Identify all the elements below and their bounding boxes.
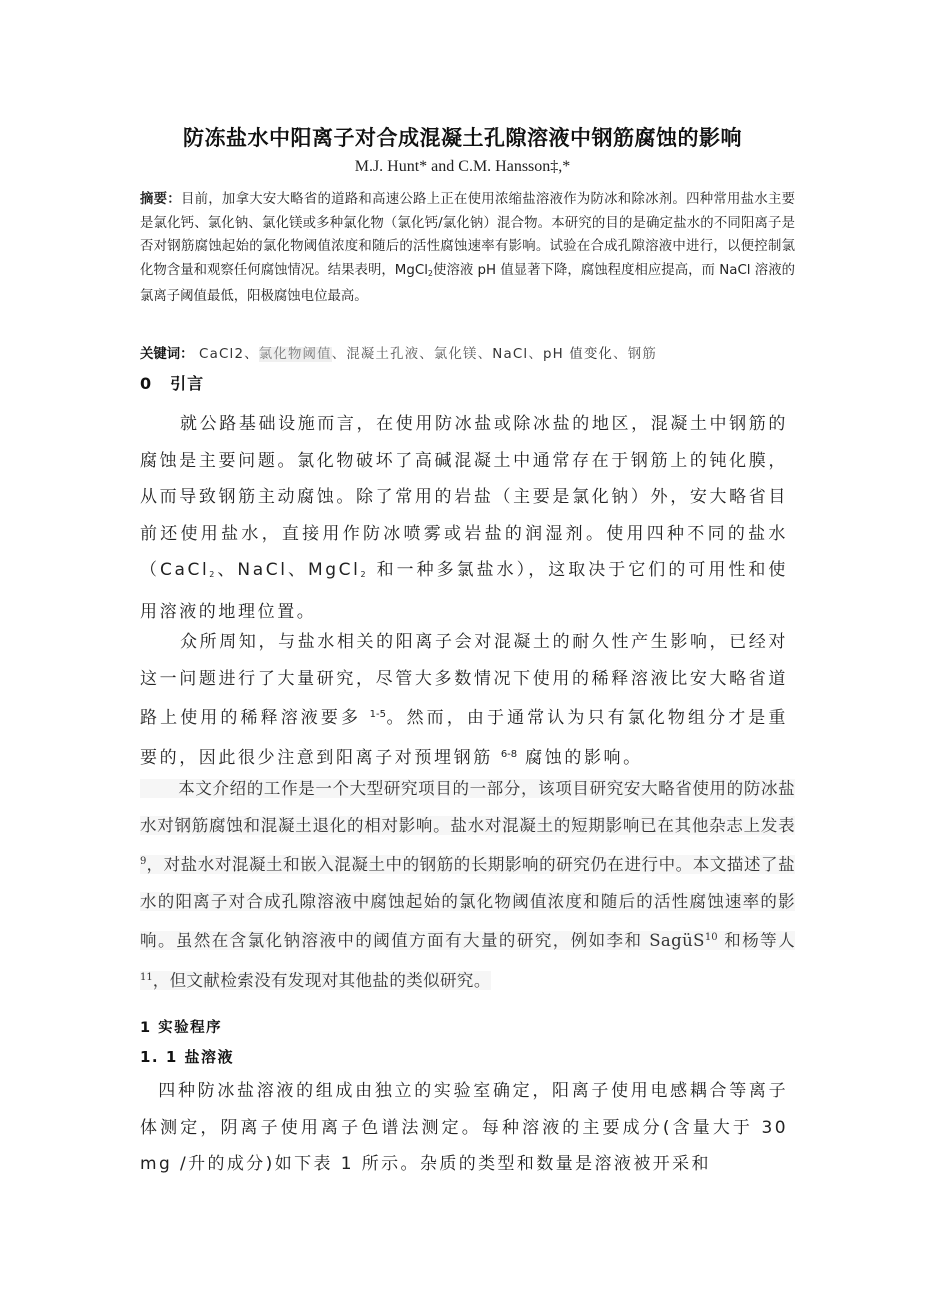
document-page: 防冻盐水中阳离子对合成混凝土孔隙溶液中钢筋腐蚀的影响 M.J. Hunt* an… <box>0 0 925 1309</box>
keyword-separator: 、 <box>419 347 434 362</box>
keyword-separator: 、 <box>613 347 628 362</box>
abstract: 摘要：目前，加拿大安大略省的道路和高速公路上正在使用浓缩盐溶液作为防冰和除冰剂。… <box>140 188 795 309</box>
keywords: 关键词： CaCl2、氯化物阈值、混凝土孔液、氯化镁、NaCl、pH 值变化、钢… <box>140 343 800 362</box>
citation-ref: 6-8 <box>501 749 517 760</box>
paper-title: 防冻盐水中阳离子对合成混凝土孔隙溶液中钢筋腐蚀的影响 <box>0 122 925 152</box>
subscript: 2 <box>360 570 368 579</box>
citation-ref: 10 <box>705 932 718 943</box>
section-heading-experimental: 1 实验程序 <box>140 1016 222 1037</box>
paragraph-text: ，但文献检索没有发现对其他盐的类似研究。 <box>153 971 491 990</box>
paragraph-text: 和杨等人 <box>718 931 795 950</box>
methods-paragraph-1: 四种防冰盐溶液的组成由独立的实验室确定，阳离子使用电感耦合等离子体测定，阴离子使… <box>140 1073 788 1183</box>
keyword-separator: 、 <box>244 347 259 362</box>
intro-paragraph-2: 众所周知，与盐水相关的阳离子会对混凝土的耐久性产生影响，已经对这一问题进行了大量… <box>140 624 788 776</box>
section-number: 0 <box>140 374 152 393</box>
subsection-heading-salt-solutions: 1. 1 盐溶液 <box>140 1046 234 1067</box>
paragraph-text: ，对盐水对混凝土和嵌入混凝土中的钢筋的长期影响的研究仍在进行中。本文描述了盐水的… <box>140 855 795 950</box>
citation-ref: 11 <box>140 972 153 983</box>
keyword-separator: 、 <box>528 347 543 362</box>
paragraph-text: 、NaCl、MgCl <box>217 560 360 580</box>
intro-paragraph-3: 本文介绍的工作是一个大型研究项目的一部分，该项目研究安大略省使用的防冰盐水对钢筋… <box>140 771 795 1000</box>
keyword: CaCl2 <box>199 347 244 362</box>
keyword-highlighted: 氯化物阈值 <box>259 347 332 362</box>
keyword: 钢筋 <box>628 347 657 362</box>
keyword: NaCl <box>492 347 528 362</box>
abstract-label: 摘要： <box>140 192 181 207</box>
subscript: 2 <box>209 570 217 579</box>
paragraph-text: 四种防冰盐溶液的组成由独立的实验室确定，阳离子使用电感耦合等离子体测定，阴离子使… <box>140 1081 788 1174</box>
keyword: 混凝土孔液 <box>346 347 419 362</box>
paragraph-text: 本文介绍的工作是一个大型研究项目的一部分，该项目研究安大略省使用的防冰盐水对钢筋… <box>140 779 795 835</box>
keyword: pH 值变化 <box>543 347 613 362</box>
section-title: 引言 <box>170 374 204 393</box>
keyword-separator: 、 <box>478 347 493 362</box>
keyword: 氯化镁 <box>434 347 478 362</box>
section-heading-intro: 0引言 <box>140 371 204 394</box>
paragraph-text: 腐蚀的影响。 <box>517 748 643 768</box>
keyword-separator: 、 <box>332 347 347 362</box>
intro-paragraph-1: 就公路基础设施而言，在使用防冰盐或除冰盐的地区，混凝土中钢筋的腐蚀是主要问题。氯… <box>140 406 788 630</box>
paragraph-text: 就公路基础设施而言，在使用防冰盐或除冰盐的地区，混凝土中钢筋的腐蚀是主要问题。氯… <box>140 414 788 580</box>
keywords-label: 关键词： <box>140 347 194 362</box>
authors-line: M.J. Hunt* and C.M. Hansson‡,* <box>0 158 925 176</box>
citation-ref: 1-5 <box>370 709 386 720</box>
